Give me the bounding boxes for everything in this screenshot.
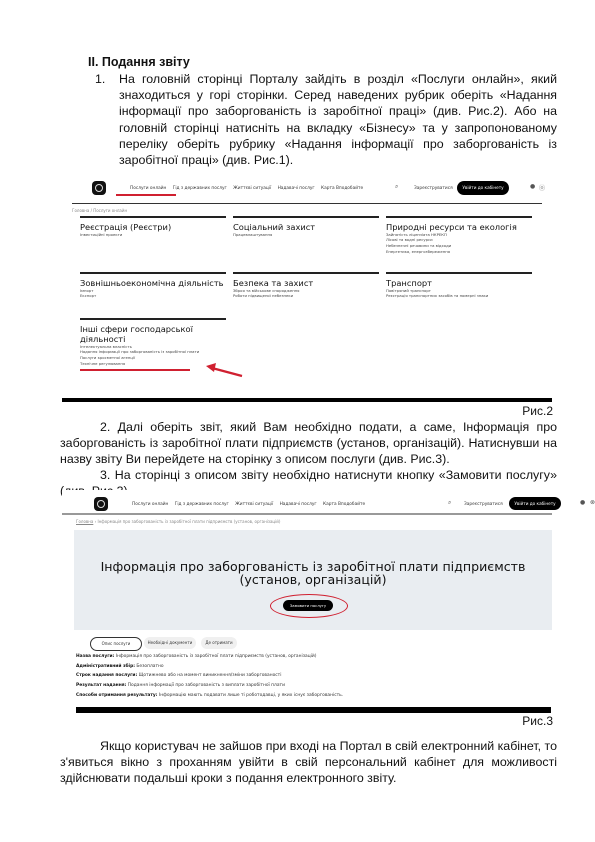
breadcrumb-current: Послуги онлайн [93, 208, 127, 213]
highlight-ellipse [270, 594, 348, 618]
info-row: Назва послуги: Інформація про заборгован… [76, 652, 343, 662]
main-nav: Послуги онлайн Гід з державних послуг Жи… [132, 502, 370, 507]
category-item[interactable]: Інвестиційні проекти [80, 232, 226, 238]
nav-map[interactable]: Карта Вподобайте [323, 502, 365, 507]
category-title[interactable]: Транспорт [386, 278, 532, 288]
category-registration[interactable]: Реєстрація (Реєстри) Інвестиційні проект… [80, 216, 226, 237]
portal-logo[interactable] [92, 181, 106, 195]
register-link[interactable]: Зареєструватися [464, 502, 503, 507]
category-nature[interactable]: Природні ресурси та екологія Зайнятість … [386, 216, 532, 255]
register-link[interactable]: Зареєструватися [414, 186, 453, 191]
nav-online-services[interactable]: Послуги онлайн [132, 502, 168, 507]
arrow-icon [204, 362, 244, 380]
eye-icon[interactable]: ● [580, 499, 585, 506]
category-title[interactable]: Інші сфери господарської діяльності [80, 324, 226, 344]
nav-map[interactable]: Карта Вподобайте [321, 186, 363, 191]
figure-3-caption: Рис.3 [522, 714, 553, 728]
figure-3-screenshot: Послуги онлайн Гід з державних послуг Жи… [62, 490, 552, 712]
category-title[interactable]: Соціальний захист [233, 222, 379, 232]
login-button[interactable]: Увійти до кабінету [509, 497, 561, 510]
category-item[interactable]: Роботи підвищеної небезпеки [233, 293, 379, 299]
figure-2-caption: Рис.2 [522, 404, 553, 418]
service-info: Назва послуги: Інформація про заборгован… [76, 652, 343, 701]
info-row: Результат надання: Подання інформації пр… [76, 681, 343, 691]
category-title[interactable]: Безпека та захист [233, 278, 379, 288]
service-title: Інформація про заборгованість із заробіт… [74, 560, 552, 586]
info-row: Способи отримання результату: Інформацію… [76, 691, 343, 701]
main-nav: Послуги онлайн Гід з державних послуг Жи… [130, 186, 368, 191]
category-item[interactable]: Реєстрація транспортних засобів та номер… [386, 293, 532, 299]
step-1-number: 1. [95, 71, 105, 87]
nav-services-guide[interactable]: Гід з державних послуг [175, 502, 229, 507]
search-icon[interactable]: ⌕ [448, 499, 451, 507]
help-icon[interactable]: ⊗ [590, 499, 595, 506]
section-heading: II. Подання звіту [88, 55, 190, 69]
breadcrumb: Головна / Послуги онлайн [72, 208, 127, 213]
info-row: Адміністративний збір: Безоплатно [76, 662, 343, 672]
category-title[interactable]: Зовнішньоекономічна діяльність [80, 278, 226, 288]
help-icon[interactable]: ⓪ [539, 183, 545, 192]
service-hero: Інформація про заборгованість із заробіт… [74, 530, 552, 630]
category-title[interactable]: Реєстрація (Реєстри) [80, 222, 226, 232]
nav-providers[interactable]: Надавачі послуг [278, 186, 315, 191]
search-icon[interactable]: ⌕ [395, 183, 398, 191]
category-security[interactable]: Безпека та захист Зброя та військове спо… [233, 272, 379, 299]
category-social[interactable]: Соціальний захист Працевлаштування [233, 216, 379, 237]
header-divider [62, 513, 552, 515]
eye-icon[interactable]: ● [530, 183, 535, 190]
step-1-text: На головній сторінці Порталу зайдіть в р… [119, 71, 557, 168]
category-other[interactable]: Інші сфери господарської діяльності Інте… [80, 318, 226, 367]
portal-logo[interactable] [94, 497, 108, 511]
tab-documents[interactable]: Необхідні документи [144, 637, 196, 649]
breadcrumb: Головна › Інформація про заборгованість … [76, 519, 280, 524]
figure-2-screenshot: Послуги онлайн Гід з державних послуг Жи… [62, 172, 550, 404]
breadcrumb-current: Інформація про заборгованість із заробіт… [97, 519, 280, 524]
nav-life-situations[interactable]: Життєві ситуації [233, 186, 271, 191]
figure-divider [76, 707, 551, 713]
category-title[interactable]: Природні ресурси та екологія [386, 222, 532, 232]
highlight-underline [116, 194, 176, 196]
nav-online-services[interactable]: Послуги онлайн [130, 186, 166, 191]
breadcrumb-home[interactable]: Головна [72, 208, 89, 213]
step-2-text: 2. Далі оберіть звіт, який Вам необхідно… [60, 419, 557, 468]
figure-divider [62, 398, 552, 402]
breadcrumb-home[interactable]: Головна [76, 519, 93, 524]
info-row: Строк надання послуги: Щотижнево або на … [76, 671, 343, 681]
tab-where-to-get[interactable]: Де отримати [201, 637, 237, 649]
login-button[interactable]: Увійти до кабінету [457, 181, 509, 195]
highlight-underline [80, 369, 190, 371]
category-item[interactable]: Експорт [80, 293, 226, 299]
category-transport[interactable]: Транспорт Повітряний транспорт Реєстраці… [386, 272, 532, 299]
category-item[interactable]: Енергетика, енергозбереження [386, 249, 532, 255]
header-divider [72, 203, 542, 204]
tab-description[interactable]: Опис послуги [90, 637, 142, 651]
category-item[interactable]: Працевлаштування [233, 232, 379, 238]
step-1: 1. На головній сторінці Порталу зайдіть … [95, 71, 557, 168]
nav-services-guide[interactable]: Гід з державних послуг [173, 186, 227, 191]
final-paragraph: Якщо користувач не зайшов при вході на П… [60, 738, 557, 787]
category-foreign-trade[interactable]: Зовнішньоекономічна діяльність Імпорт Ек… [80, 272, 226, 299]
nav-providers[interactable]: Надавачі послуг [280, 502, 317, 507]
nav-life-situations[interactable]: Життєві ситуації [235, 502, 273, 507]
